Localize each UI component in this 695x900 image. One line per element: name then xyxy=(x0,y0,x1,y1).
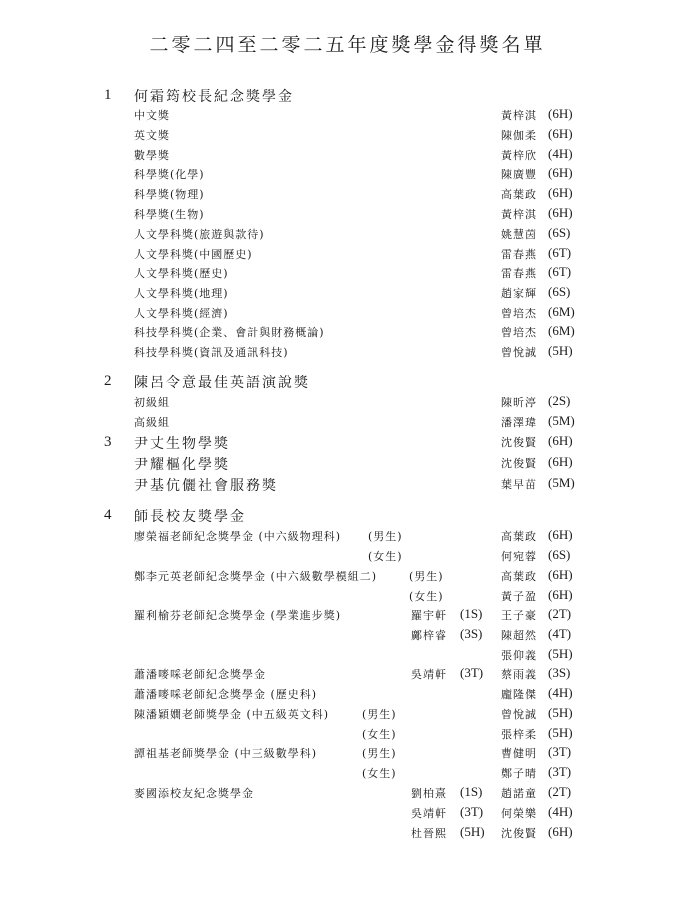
gender-label: (男生) xyxy=(362,745,397,761)
award-label: 科技學科獎(資訊及通訊科技) xyxy=(134,344,289,360)
winner-name: 黃梓欣 xyxy=(501,147,537,163)
gender-label: (男生) xyxy=(409,568,444,584)
winner-class: (6T) xyxy=(548,245,571,261)
award-label: 數學獎 xyxy=(134,147,170,163)
gender-label: (女生) xyxy=(362,726,397,742)
winner-class: (6H) xyxy=(548,126,573,142)
award-label: 鄭李元英老師紀念獎學金 (中六級數學模組二) xyxy=(134,568,377,584)
mid-winner-name: 羅宇軒 xyxy=(411,607,447,623)
page-title: 二零二四至二零二五年度獎學金得獎名單 xyxy=(0,30,695,57)
award-label: 科學獎(化學) xyxy=(134,166,205,182)
award-label: 陳潘穎嫺老師獎學金 (中五級英文科) xyxy=(134,706,329,722)
winner-name: 何榮樂 xyxy=(501,805,537,821)
winner-name: 何宛蓉 xyxy=(501,548,537,564)
award-label: 羅利榆芬老師紀念獎學金 (學業進步獎) xyxy=(134,607,341,623)
winner-class: (6H) xyxy=(548,824,573,840)
winner-class: (3T) xyxy=(548,744,571,760)
section-heading: 陳呂令意最佳英語演說獎 xyxy=(134,372,310,392)
winner-class: (2T) xyxy=(548,784,571,800)
award-label: 科技學科獎(企業、會計與財務概論) xyxy=(134,324,325,340)
winner-class: (4H) xyxy=(548,146,573,162)
winner-name: 潘澤瑋 xyxy=(501,414,537,430)
winner-name: 陳廣豐 xyxy=(501,166,537,182)
winner-name: 姚慧茵 xyxy=(501,226,537,242)
winner-name: 黃梓淇 xyxy=(501,107,537,123)
section-heading: 尹丈生物學獎 xyxy=(134,433,230,453)
gender-label: (女生) xyxy=(368,548,403,564)
award-label: 初級組 xyxy=(134,394,170,410)
winner-class: (6M) xyxy=(548,304,575,320)
award-label: 高級組 xyxy=(134,414,170,430)
winner-name: 高葉政 xyxy=(501,528,537,544)
winner-class: (6M) xyxy=(548,323,575,339)
mid-winner-name: 杜晉熙 xyxy=(411,825,447,841)
section-number: 3 xyxy=(104,434,112,451)
mid-winner-class: (3T) xyxy=(460,665,483,681)
winner-class: (6H) xyxy=(548,106,573,122)
award-label: 譚祖基老師獎學金 (中三級數學科) xyxy=(134,745,317,761)
mid-winner-class: (3S) xyxy=(460,626,482,642)
winner-name: 曾培杰 xyxy=(501,305,537,321)
winner-name: 張仰義 xyxy=(501,647,537,663)
winner-class: (6H) xyxy=(548,527,573,543)
winner-class: (4H) xyxy=(548,685,573,701)
mid-winner-name: 吳靖軒 xyxy=(411,805,447,821)
winner-class: (5M) xyxy=(548,413,575,429)
winner-name: 雷春燕 xyxy=(501,246,537,262)
winner-name: 龐隆傑 xyxy=(501,686,537,702)
winner-name: 雷春燕 xyxy=(501,265,537,281)
winner-name: 鄭子晴 xyxy=(501,765,537,781)
winner-class: (5H) xyxy=(548,343,573,359)
award-label: 科學獎(生物) xyxy=(134,206,205,222)
mid-winner-class: (1S) xyxy=(460,606,482,622)
mid-winner-name: 吳靖軒 xyxy=(411,666,447,682)
award-label: 人文學科獎(歷史) xyxy=(134,265,229,281)
winner-class: (6H) xyxy=(548,205,573,221)
award-label: 蕭潘嘜啋老師紀念獎學金 (歷史科) xyxy=(134,686,317,702)
gender-label: (女生) xyxy=(362,765,397,781)
winner-class: (3T) xyxy=(548,764,571,780)
section-number: 2 xyxy=(104,373,112,390)
winner-name: 陳超然 xyxy=(501,627,537,643)
winner-name: 黃子盈 xyxy=(501,588,537,604)
winner-name: 陳昕渟 xyxy=(501,394,537,410)
gender-label: (男生) xyxy=(368,528,403,544)
winner-class: (6S) xyxy=(548,284,570,300)
award-label: 人文學科獎(經濟) xyxy=(134,305,229,321)
award-label: 人文學科獎(地理) xyxy=(134,285,229,301)
award-label: 蕭潘嘜啋老師紀念獎學金 xyxy=(134,666,266,682)
mid-winner-class: (5H) xyxy=(460,824,485,840)
winner-name: 趙諾童 xyxy=(501,785,537,801)
winner-name: 曾悅誠 xyxy=(501,706,537,722)
section-number: 4 xyxy=(104,507,112,524)
winner-class: (6H) xyxy=(548,587,573,603)
winner-class: (6H) xyxy=(548,433,573,449)
award-label: 麥國添校友紀念獎學金 xyxy=(134,785,254,801)
winner-name: 高葉政 xyxy=(501,186,537,202)
winner-name: 葉早苗 xyxy=(501,476,537,492)
winner-name: 高葉政 xyxy=(501,568,537,584)
award-label: 中文獎 xyxy=(134,107,170,123)
winner-class: (6H) xyxy=(548,454,573,470)
mid-winner-name: 鄺梓睿 xyxy=(411,627,447,643)
mid-winner-class: (3T) xyxy=(460,804,483,820)
winner-name: 陳伽柔 xyxy=(501,127,537,143)
winner-name: 曾培杰 xyxy=(501,324,537,340)
winner-name: 沈俊賢 xyxy=(501,455,537,471)
winner-class: (5M) xyxy=(548,475,575,491)
winner-class: (4T) xyxy=(548,626,571,642)
winner-class: (6H) xyxy=(548,567,573,583)
award-label: 人文學科獎(旅遊與款待) xyxy=(134,226,265,242)
winner-class: (5H) xyxy=(548,725,573,741)
award-label: 人文學科獎(中國歷史) xyxy=(134,246,253,262)
winner-name: 蔡雨義 xyxy=(501,666,537,682)
mid-winner-name: 劉柏熹 xyxy=(411,785,447,801)
winner-class: (2S) xyxy=(548,393,570,409)
winner-class: (6T) xyxy=(548,264,571,280)
winner-name: 張梓柔 xyxy=(501,726,537,742)
winner-class: (2T) xyxy=(548,606,571,622)
award-label: 尹基伉儷社會服務獎 xyxy=(134,475,278,495)
winner-class: (4H) xyxy=(548,804,573,820)
winner-name: 曾悅誠 xyxy=(501,344,537,360)
winner-name: 沈俊賢 xyxy=(501,434,537,450)
winner-class: (5H) xyxy=(548,705,573,721)
winner-name: 曹健明 xyxy=(501,745,537,761)
winner-class: (6S) xyxy=(548,225,570,241)
award-label: 英文獎 xyxy=(134,127,170,143)
winner-name: 趙家輝 xyxy=(501,285,537,301)
winner-class: (6H) xyxy=(548,185,573,201)
section-heading: 何霜筠校長紀念獎學金 xyxy=(134,86,294,106)
award-label: 廖榮福老師紀念獎學金 (中六級物理科) xyxy=(134,528,341,544)
award-label: 尹耀樞化學獎 xyxy=(134,454,230,474)
winner-name: 黃梓淇 xyxy=(501,206,537,222)
award-label: 科學獎(物理) xyxy=(134,186,205,202)
gender-label: (女生) xyxy=(409,588,444,604)
mid-winner-class: (1S) xyxy=(460,784,482,800)
winner-name: 王子豪 xyxy=(501,607,537,623)
winner-class: (5H) xyxy=(548,646,573,662)
section-number: 1 xyxy=(104,87,112,104)
winner-class: (3S) xyxy=(548,665,570,681)
winner-class: (6S) xyxy=(548,547,570,563)
winner-name: 沈俊賢 xyxy=(501,825,537,841)
gender-label: (男生) xyxy=(362,706,397,722)
winner-class: (6H) xyxy=(548,165,573,181)
section-heading: 師長校友獎學金 xyxy=(134,506,246,526)
